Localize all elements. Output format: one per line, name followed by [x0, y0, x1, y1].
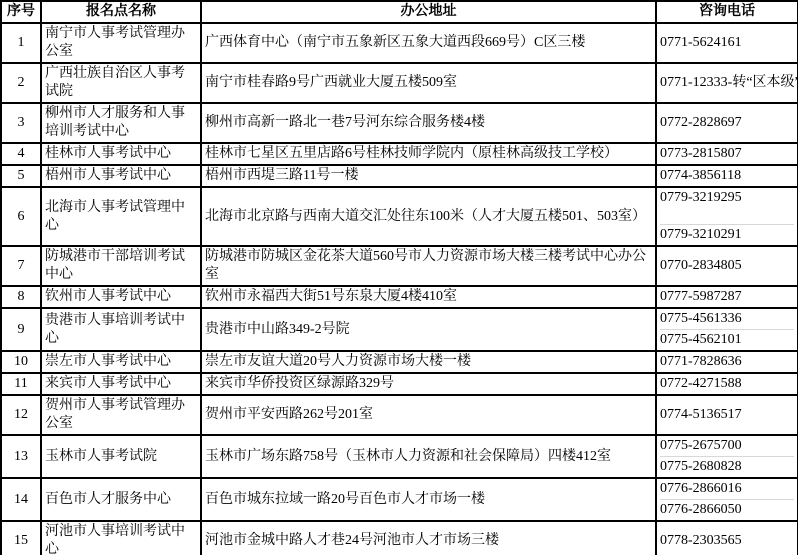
phone-cell: 0778-2303565 [656, 521, 798, 555]
phone-number: 0772-4271588 [660, 375, 794, 393]
col-header-site-name: 报名点名称 [41, 1, 201, 23]
table-row: 10 崇左市人事考试中心 崇左市友谊大道20号人力资源市场大楼一楼 0771-7… [1, 351, 798, 373]
site-name-cell: 桂林市人事考试中心 [41, 143, 201, 165]
phone-cell: 0775-45613360775-4562101 [656, 308, 798, 351]
office-address-cell: 钦州市永福西大街51号东泉大厦4楼410室 [201, 286, 656, 308]
row-number-cell: 13 [1, 435, 41, 478]
office-address-cell: 贺州市平安西路262号201室 [201, 395, 656, 435]
site-name-cell: 百色市人才服务中心 [41, 478, 201, 521]
table-row: 5 梧州市人事考试中心 梧州市西堤三路11号一楼 0774-3856118 [1, 165, 798, 187]
table-row: 6 北海市人事考试管理中心 北海市北京路与西南大道交汇处往东100米（人才大厦五… [1, 187, 798, 246]
phone-number: 0779-3210291 [660, 224, 794, 244]
phone-number: 0774-5136517 [660, 406, 794, 424]
phone-cell: 0772-4271588 [656, 373, 798, 395]
office-address-cell: 北海市北京路与西南大道交汇处往东100米（人才大厦五楼501、503室） [201, 187, 656, 246]
row-number-cell: 5 [1, 165, 41, 187]
phone-number: 0771-12333-转“区本级” [660, 74, 794, 92]
office-address-cell: 广西体育中心（南宁市五象新区五象大道西段669号）C区三楼 [201, 23, 656, 63]
phone-number: 0771-5624161 [660, 34, 794, 52]
phone-number: 0772-2828697 [660, 114, 794, 132]
table-row: 1 南宁市人事考试管理办公室 广西体育中心（南宁市五象新区五象大道西段669号）… [1, 23, 798, 63]
phone-cell: 0771-7828636 [656, 351, 798, 373]
site-name-cell: 北海市人事考试管理中心 [41, 187, 201, 246]
phone-cell: 0771-12333-转“区本级” [656, 63, 798, 103]
phone-number: 0775-2680828 [660, 456, 794, 476]
registration-points-table: 序号 报名点名称 办公地址 咨询电话 1 南宁市人事考试管理办公室 广西体育中心… [0, 0, 798, 555]
phone-number: 0779-3219295 [660, 189, 794, 207]
site-name-cell: 玉林市人事考试院 [41, 435, 201, 478]
table-row: 14 百色市人才服务中心 百色市城东拉域一路20号百色市人才市场一楼 0776-… [1, 478, 798, 521]
phone-cell: 0772-2828697 [656, 103, 798, 143]
phone-number: 0778-2303565 [660, 532, 794, 550]
office-address-cell: 桂林市七星区五里店路6号桂林技师学院内（原桂林高级技工学校） [201, 143, 656, 165]
phone-number: 0773-2815807 [660, 145, 794, 163]
phone-number: 0776-2866016 [660, 480, 794, 498]
phone-cell: 0774-3856118 [656, 165, 798, 187]
site-name-cell: 梧州市人事考试中心 [41, 165, 201, 187]
row-number-cell: 2 [1, 63, 41, 103]
phone-cell: 0777-5987287 [656, 286, 798, 308]
row-number-cell: 12 [1, 395, 41, 435]
phone-number: 0775-4561336 [660, 310, 794, 328]
office-address-cell: 柳州市高新一路北一巷7号河东综合服务楼4楼 [201, 103, 656, 143]
table-row: 2 广西壮族自治区人事考试院 南宁市桂春路9号广西就业大厦五楼509室 0771… [1, 63, 798, 103]
table-body: 1 南宁市人事考试管理办公室 广西体育中心（南宁市五象新区五象大道西段669号）… [1, 23, 798, 555]
row-number-cell: 14 [1, 478, 41, 521]
table-row: 9 贵港市人事培训考试中心 贵港市中山路349-2号院 0775-4561336… [1, 308, 798, 351]
row-number-cell: 6 [1, 187, 41, 246]
site-name-cell: 柳州市人才服务和人事培训考试中心 [41, 103, 201, 143]
phone-cell: 0779-32192950779-3210291 [656, 187, 798, 246]
row-number-cell: 1 [1, 23, 41, 63]
col-header-office-address: 办公地址 [201, 1, 656, 23]
phone-number: 0770-2834805 [660, 257, 794, 275]
site-name-cell: 广西壮族自治区人事考试院 [41, 63, 201, 103]
phone-cell: 0774-5136517 [656, 395, 798, 435]
header-row: 序号 报名点名称 办公地址 咨询电话 [1, 1, 798, 23]
site-name-cell: 河池市人事培训考试中心 [41, 521, 201, 555]
row-number-cell: 8 [1, 286, 41, 308]
site-name-cell: 崇左市人事考试中心 [41, 351, 201, 373]
phone-cell: 0776-28660160776-2866050 [656, 478, 798, 521]
phone-cell: 0773-2815807 [656, 143, 798, 165]
site-name-cell: 来宾市人事考试中心 [41, 373, 201, 395]
office-address-cell: 南宁市桂春路9号广西就业大厦五楼509室 [201, 63, 656, 103]
phone-number: 0776-2866050 [660, 499, 794, 519]
site-name-cell: 钦州市人事考试中心 [41, 286, 201, 308]
row-number-cell: 7 [1, 246, 41, 286]
col-header-phone: 咨询电话 [656, 1, 798, 23]
site-name-cell: 南宁市人事考试管理办公室 [41, 23, 201, 63]
table-row: 8 钦州市人事考试中心 钦州市永福西大街51号东泉大厦4楼410室 0777-5… [1, 286, 798, 308]
phone-cell: 0775-26757000775-2680828 [656, 435, 798, 478]
site-name-cell: 贺州市人事考试管理办公室 [41, 395, 201, 435]
phone-number: 0774-3856118 [660, 167, 794, 185]
table-row: 7 防城港市干部培训考试中心 防城港市防城区金花茶大道560号市人力资源市场大楼… [1, 246, 798, 286]
office-address-cell: 百色市城东拉域一路20号百色市人才市场一楼 [201, 478, 656, 521]
office-address-cell: 防城港市防城区金花茶大道560号市人力资源市场大楼三楼考试中心办公室 [201, 246, 656, 286]
table-row: 3 柳州市人才服务和人事培训考试中心 柳州市高新一路北一巷7号河东综合服务楼4楼… [1, 103, 798, 143]
office-address-cell: 崇左市友谊大道20号人力资源市场大楼一楼 [201, 351, 656, 373]
row-number-cell: 11 [1, 373, 41, 395]
table-header: 序号 报名点名称 办公地址 咨询电话 [1, 1, 798, 23]
site-name-cell: 贵港市人事培训考试中心 [41, 308, 201, 351]
row-number-cell: 15 [1, 521, 41, 555]
phone-number: 0771-7828636 [660, 353, 794, 371]
office-address-cell: 河池市金城中路人才巷24号河池市人才市场三楼 [201, 521, 656, 555]
row-number-cell: 10 [1, 351, 41, 373]
office-address-cell: 贵港市中山路349-2号院 [201, 308, 656, 351]
row-number-cell: 4 [1, 143, 41, 165]
phone-cell: 0771-5624161 [656, 23, 798, 63]
table-row: 12 贺州市人事考试管理办公室 贺州市平安西路262号201室 0774-513… [1, 395, 798, 435]
row-number-cell: 9 [1, 308, 41, 351]
phone-number: 0775-4562101 [660, 329, 794, 349]
phone-number: 0777-5987287 [660, 288, 794, 306]
office-address-cell: 玉林市广场东路758号（玉林市人力资源和社会保障局）四楼412室 [201, 435, 656, 478]
office-address-cell: 梧州市西堤三路11号一楼 [201, 165, 656, 187]
page: 序号 报名点名称 办公地址 咨询电话 1 南宁市人事考试管理办公室 广西体育中心… [0, 0, 798, 555]
site-name-cell: 防城港市干部培训考试中心 [41, 246, 201, 286]
office-address-cell: 来宾市华侨投资区绿源路329号 [201, 373, 656, 395]
col-header-number: 序号 [1, 1, 41, 23]
table-row: 13 玉林市人事考试院 玉林市广场东路758号（玉林市人力资源和社会保障局）四楼… [1, 435, 798, 478]
phone-cell: 0770-2834805 [656, 246, 798, 286]
table-row: 11 来宾市人事考试中心 来宾市华侨投资区绿源路329号 0772-427158… [1, 373, 798, 395]
row-number-cell: 3 [1, 103, 41, 143]
phone-number: 0775-2675700 [660, 437, 794, 455]
table-row: 4 桂林市人事考试中心 桂林市七星区五里店路6号桂林技师学院内（原桂林高级技工学… [1, 143, 798, 165]
table-row: 15 河池市人事培训考试中心 河池市金城中路人才巷24号河池市人才市场三楼 07… [1, 521, 798, 555]
